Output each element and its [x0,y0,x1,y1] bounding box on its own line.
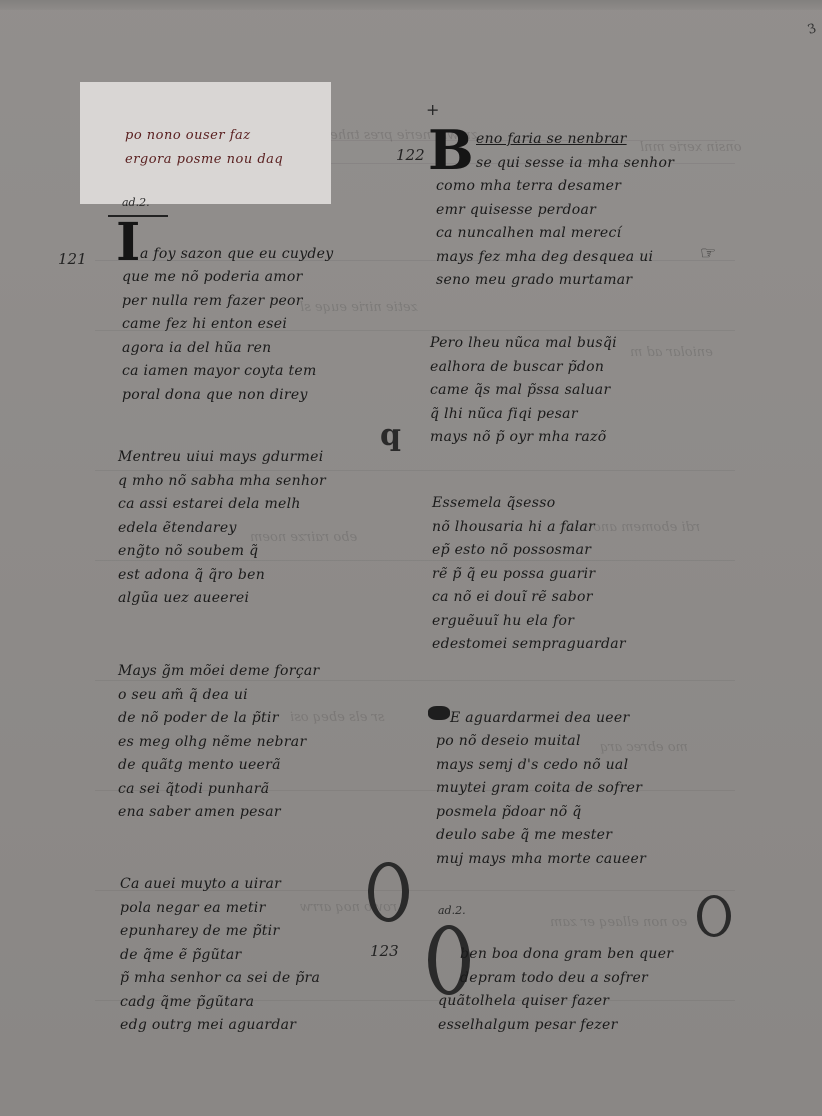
verse-line: quãtolhela quiser fazer [438,990,618,1014]
stanza-122-1: eno faria se nenbrar se qui sesse ia mha… [476,128,674,175]
verse-line: eno faria se nenbrar [476,128,674,152]
verse-line: per nulla rem fazer peor [122,290,317,314]
verse-line: cadg q̃me p̃gũtara [120,991,320,1015]
verse-line: poral dona que non direy [122,384,317,408]
verse-line: a foy sazon que eu cuydey [140,243,333,267]
verse-line: se qui sesse ia mha senhor [476,152,674,176]
marginal-note: ad.2. [438,904,466,917]
verse-line: agora ia del hũa ren [122,337,317,361]
stanza-122-2: Pero lheu nũca mal busq̃i ealhora de bus… [430,332,617,450]
verse-line: q̃ lhi nũca fiqi pesar [430,403,617,427]
paragraph-mark-icon: q [380,418,401,453]
stanza-122-4-cont: po nõ deseio muital mays semj d's cedo n… [436,730,646,871]
bleed-through-text: eniolar ad m [630,345,713,360]
verse-line: ep̃ esto nõ possosmar [432,539,626,563]
folio-number-text: 3 [806,21,819,38]
stanza-121-1-cont: que me nõ poderia amor per nulla rem faz… [122,266,317,407]
stanza-121-2: Mentreu uiui mays gdurmei q mho nõ sabha… [118,446,326,611]
verse-line: que me nõ poderia amor [122,266,317,290]
verse-line: de q̃me ẽ p̃gũtar [120,944,320,968]
ink-blot [428,706,450,720]
verse-line: ca sei q̃todi punharã [118,778,319,802]
verse-line: como mha terra desamer [436,175,653,199]
folio-number: 3 [806,21,819,38]
verse-line: eng̃to nõ soubem q̃ [118,540,326,564]
verse-line: seno meu grado murtamar [436,269,653,293]
stanza-122-1-cont: como mha terra desamer emr quisesse perd… [436,175,653,293]
verse-line: mays nõ p̃ oyr mha razõ [430,426,617,450]
verse-line: muj mays mha morte caueer [436,848,646,872]
verse-line: emr quisesse perdoar [436,199,653,223]
bleed-through-text: zetie nirie euqe sl [300,300,418,315]
stanza-122-3: Essemela q̃sesso nõ lhousaria hi a falar… [432,492,626,657]
song-number-121: 121 [58,250,87,268]
marginal-note: ad.2. [122,196,150,209]
verse-line: pola negar ea metir [120,897,320,921]
catchword-line-2: ergora posme nou daq [125,152,283,167]
verse-line: edestomei sempraguardar [432,633,626,657]
verse-line: came q̃s mal p̃ssa saluar [430,379,617,403]
stanza-121-3: Mays g̃m mõei deme forçar o seu am̃ q̃ d… [118,660,319,825]
manicule-icon: ☞ [700,243,716,264]
verse-line: erguẽuuĩ hu ela for [432,610,626,634]
initial-rule [108,215,168,217]
verse-line: E aguardarmei dea ueer [450,707,629,731]
verse-line: depram todo deu a sofrer [460,967,673,991]
verse-line: de nõ poder de la p̃tir [118,707,319,731]
guide-letter-o-right [697,895,731,937]
verse-line: Pero lheu nũca mal busq̃i [430,332,617,356]
verse-line: ealhora de buscar p̃don [430,356,617,380]
stanza-122-4: E aguardarmei dea ueer [450,707,629,731]
highlight-box [80,82,331,204]
verse-line: edela ẽtendarey [118,517,326,541]
verse-line: esselhalgum pesar fezer [438,1014,618,1038]
song-number-122: 122 [396,146,425,164]
verse-line: p̃ mha senhor ca sei de p̃ra [120,967,320,991]
verse-line: ben boa dona gram ben quer [460,943,673,967]
verse-line: edg outrg mei aguardar [120,1014,320,1038]
verse-line: nõ lhousaria hi a falar [432,516,626,540]
guide-letter-o-left [368,862,409,922]
stanza-123-1: ben boa dona gram ben quer depram todo d… [460,943,673,990]
manuscript-page: zmwm nerie pres tnhe onsin xerie mnl zet… [0,0,822,1116]
song-number-123: 123 [370,942,399,960]
stanza-121-4: Ca auei muyto a uirar pola negar ea meti… [120,873,320,1038]
verse-line: ca assi estarei dela melh [118,493,326,517]
verse-line: mays semj d's cedo nõ ual [436,754,646,778]
page-top-edge [0,0,822,10]
verse-line: est adona q̃ q̃ro ben [118,564,326,588]
verse-line: Mays g̃m mõei deme forçar [118,660,319,684]
verse-line: Essemela q̃sesso [432,492,626,516]
verse-line: algũa uez aueerei [118,587,326,611]
cross-mark: + [426,100,439,119]
stanza-123-1-cont: quãtolhela quiser fazer esselhalgum pesa… [438,990,618,1037]
verse-line: q mho nõ sabha mha senhor [118,470,326,494]
verse-line: ca nõ ei douĩ rẽ sabor [432,586,626,610]
verse-line: po nõ deseio muital [436,730,646,754]
verse-line: Ca auei muyto a uirar [120,873,320,897]
bleed-through-text: eo non ellaeq er zam [550,915,687,930]
verse-line: Mentreu uiui mays gdurmei [118,446,326,470]
verse-line: ca iamen mayor coyta tem [122,360,317,384]
verse-line: epunharey de me p̃tir [120,920,320,944]
verse-line: posmela p̃doar nõ q̃ [436,801,646,825]
decorated-initial-i: I [116,212,140,273]
verse-line: ena saber amen pesar [118,801,319,825]
verse-line: es meg olhg nẽme nebrar [118,731,319,755]
decorated-initial-b: B [428,118,474,182]
verse-line: came fez hi enton esei [122,313,317,337]
verse-line: muytei gram coita de sofrer [436,777,646,801]
verse-line: mays fez mha deg desquea ui [436,246,653,270]
catchword-line-1: po nono ouser faz [125,128,251,143]
verse-line: deulo sabe q̃ me mester [436,824,646,848]
stanza-121-1: a foy sazon que eu cuydey [140,243,333,267]
verse-line: de quãtg mento ueerã [118,754,319,778]
verse-line: rẽ p̃ q̃ eu possa guarir [432,563,626,587]
verse-line: ca nuncalhen mal merecí [436,222,653,246]
verse-line: o seu am̃ q̃ dea ui [118,684,319,708]
